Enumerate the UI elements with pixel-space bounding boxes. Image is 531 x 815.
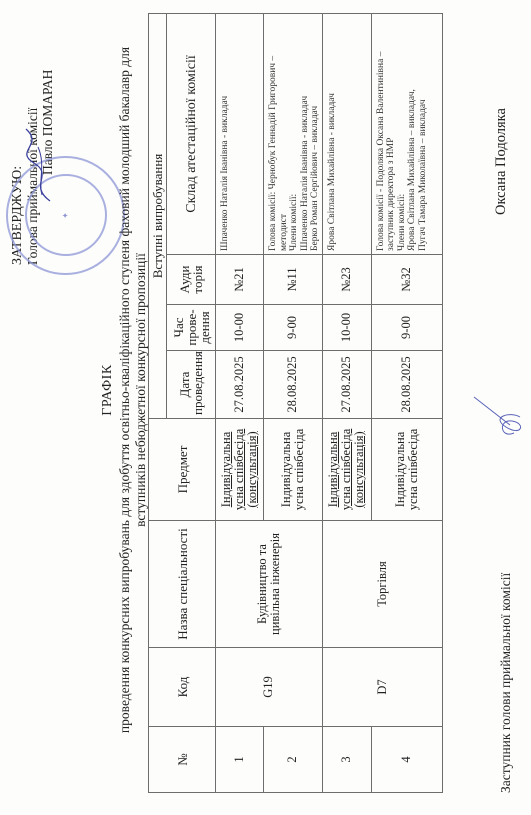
document-subtitle-line1: проведення конкурсних випробувань для зд… [117, 5, 133, 775]
row-committee: Голова комісії: Чернобук Геннадій Григор… [264, 13, 323, 254]
table-row: 3 D7 Торгівля Індивідуальна усна співбес… [322, 13, 371, 792]
header-specialty: Назва спеціальності [149, 521, 216, 648]
row-num: 2 [264, 727, 323, 793]
row-committee: Голова комісії - Подоляка Оксана Валенти… [371, 13, 442, 254]
specialty-code: G19 [216, 648, 323, 727]
header-committee: Склад атестаційної комісії [167, 13, 216, 254]
row-time: 10-00 [216, 305, 264, 351]
document-page: ЗАТВЕРДЖУЮ: Голова приймальної комісії П… [0, 0, 531, 815]
header-date: Дата проведення [167, 351, 216, 419]
row-room: №21 [216, 255, 264, 305]
specialty-name: Будівництво та цивільна інженерія [216, 521, 323, 648]
row-num: 1 [216, 727, 264, 793]
document-title: ГРАФІК [100, 5, 116, 775]
row-committee: Шпаченко Наталія Іванівна - викладач [216, 13, 264, 254]
header-time: Час прове-дення [167, 305, 216, 351]
schedule-table: № Код Назва спеціальності Предмет Вступн… [148, 13, 443, 793]
row-subject: Індивідуальна усна співбесіда (консульта… [322, 419, 371, 521]
row-time: 9-00 [371, 305, 442, 351]
table-row: 1 G19 Будівництво та цивільна інженерія … [216, 13, 264, 792]
header-entrance-exams: Вступні випробування [149, 13, 167, 418]
row-time: 10-00 [322, 305, 371, 351]
specialty-code: D7 [322, 648, 442, 727]
row-date: 28.08.2025 [264, 351, 323, 419]
footer-position: Заступник голови приймальної комісії [498, 573, 514, 793]
document-title-block: ГРАФІК проведення конкурсних випробувань… [100, 5, 149, 775]
header-code: Код [149, 648, 216, 727]
row-num: 3 [322, 727, 371, 793]
header-num: № [149, 727, 216, 793]
row-date: 28.08.2025 [371, 351, 442, 419]
document-subtitle-line2: вступників небюджетної конкурсної пропоз… [133, 5, 149, 775]
specialty-name: Торгівля [322, 521, 442, 648]
row-num: 4 [371, 727, 442, 793]
row-committee: Ярова Світлана Михайлівна - викладач [322, 13, 371, 254]
row-room: №23 [322, 255, 371, 305]
header-subject: Предмет [149, 419, 216, 521]
header-room: Ауди торія [167, 255, 216, 305]
deputy-signature-icon [470, 385, 525, 445]
row-date: 27.08.2025 [216, 351, 264, 419]
footer-name: Оксана Подоляка [493, 108, 510, 215]
approval-signature-icon [20, 125, 60, 205]
row-subject: Індивідуальна усна співбесіда [264, 419, 323, 521]
row-subject: Індивідуальна усна співбесіда (консульта… [216, 419, 264, 521]
row-time: 9-00 [264, 305, 323, 351]
row-date: 27.08.2025 [322, 351, 371, 419]
row-room: №11 [264, 255, 323, 305]
row-subject: Індивідуальна усна співбесіда [371, 419, 442, 521]
row-room: №32 [371, 255, 442, 305]
